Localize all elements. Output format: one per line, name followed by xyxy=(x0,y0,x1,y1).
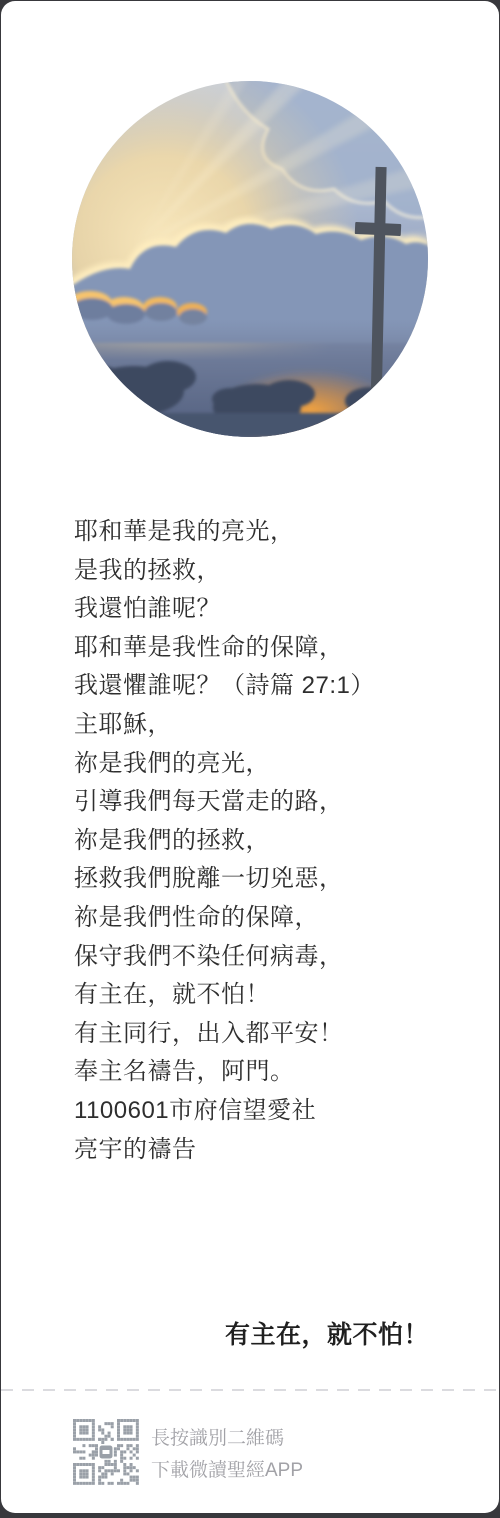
prayer-line: 祢是我們的亮光， xyxy=(74,745,474,784)
tagline: 有主在，就不怕！ xyxy=(225,1315,429,1351)
prayer-line: 有主在，就不怕！ xyxy=(74,976,474,1015)
qr-instruction-line1: 長按識別二維碼 xyxy=(151,1423,303,1455)
prayer-line: 我還怕誰呢？ xyxy=(74,590,474,629)
prayer-text: 耶和華是我的亮光，是我的拯救，我還怕誰呢？耶和華是我性命的保障，我還懼誰呢？（詩… xyxy=(74,513,474,1169)
hero-image xyxy=(72,81,428,437)
prayer-line: 耶和華是我的亮光， xyxy=(74,513,474,552)
prayer-line: 祢是我們性命的保障， xyxy=(74,899,474,938)
prayer-line: 拯救我們脫離一切兇惡， xyxy=(74,860,474,899)
prayer-line: 有主同行，出入都平安！ xyxy=(74,1015,474,1054)
prayer-line: 引導我們每天當走的路， xyxy=(74,783,474,822)
prayer-line: 保守我們不染任何病毒， xyxy=(74,938,474,977)
share-card: 耶和華是我的亮光，是我的拯救，我還怕誰呢？耶和華是我性命的保障，我還懼誰呢？（詩… xyxy=(1,1,499,1513)
sunset-cross-illustration xyxy=(72,81,428,437)
prayer-line: 耶和華是我性命的保障， xyxy=(74,629,474,668)
prayer-line: 是我的拯救， xyxy=(74,552,474,591)
prayer-line: 亮宇的禱告 xyxy=(74,1131,474,1170)
qr-instructions: 長按識別二維碼 下載微讀聖經APP xyxy=(151,1423,303,1487)
dashed-divider xyxy=(1,1389,499,1391)
prayer-line: 我還懼誰呢？（詩篇 27:1） xyxy=(74,667,474,706)
prayer-line: 主耶穌， xyxy=(74,706,474,745)
qr-instruction-line2: 下載微讀聖經APP xyxy=(151,1455,303,1487)
prayer-line: 奉主名禱告，阿門。 xyxy=(74,1053,474,1092)
prayer-line: 祢是我們的拯救， xyxy=(74,822,474,861)
prayer-line: 1100601市府信望愛社 xyxy=(74,1092,474,1131)
qr-code[interactable] xyxy=(73,1419,139,1485)
